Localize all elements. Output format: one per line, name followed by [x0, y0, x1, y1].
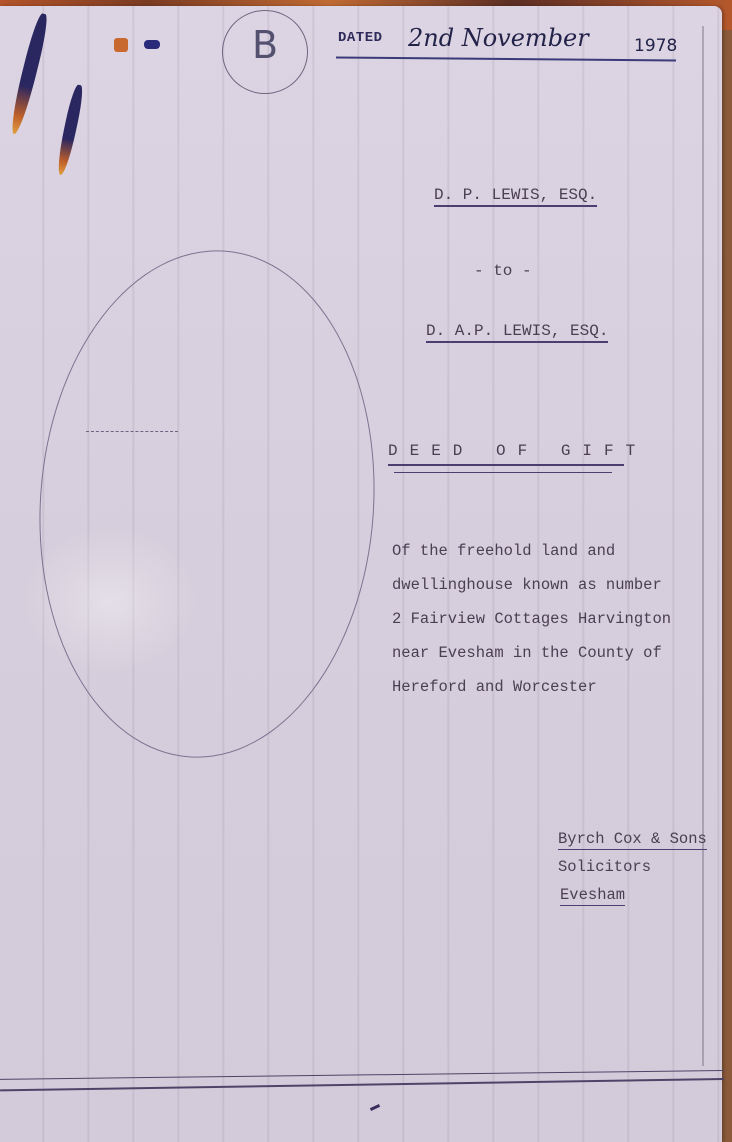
page-bottom-rule — [0, 1078, 724, 1091]
description-line: 2 Fairview Cottages Harvington — [392, 610, 671, 628]
solicitor-town: Evesham — [560, 886, 625, 906]
grantor-name: D. P. LEWIS, ESQ. — [434, 186, 597, 207]
pencil-oval-mark — [23, 239, 392, 769]
handwritten-date: 2nd November — [408, 24, 589, 52]
punch-hole-mark — [7, 12, 51, 136]
page-edge-shadow — [702, 26, 704, 1066]
dated-label: DATED — [338, 30, 383, 46]
torn-spot — [144, 40, 160, 49]
circled-label: B — [222, 10, 308, 94]
date-year: 1978 — [634, 36, 677, 56]
solicitor-role: Solicitors — [558, 858, 651, 876]
grantee-name: D. A.P. LEWIS, ESQ. — [426, 322, 608, 343]
description-line: Of the freehold land and — [392, 542, 615, 560]
deed-title: D E E D O F G I F T — [388, 442, 636, 460]
description-line: near Evesham in the County of — [392, 644, 662, 662]
description-line: Hereford and Worcester — [392, 678, 597, 696]
dated-underline — [336, 57, 676, 62]
page-bottom-rule — [0, 1070, 724, 1080]
torn-spot — [114, 38, 128, 52]
circled-letter: B — [223, 23, 307, 67]
punch-hole-mark — [55, 84, 86, 176]
deed-title-underline-second — [394, 472, 612, 473]
solicitor-firm: Byrch Cox & Sons — [558, 830, 707, 850]
document-page: B DATED 2nd November 1978 D. P. LEWIS, E… — [0, 6, 722, 1142]
description-line: dwellinghouse known as number — [392, 576, 662, 594]
stray-pen-mark — [370, 1104, 380, 1111]
deed-title-underline — [388, 464, 624, 466]
parties-connector: - to - — [474, 262, 532, 280]
